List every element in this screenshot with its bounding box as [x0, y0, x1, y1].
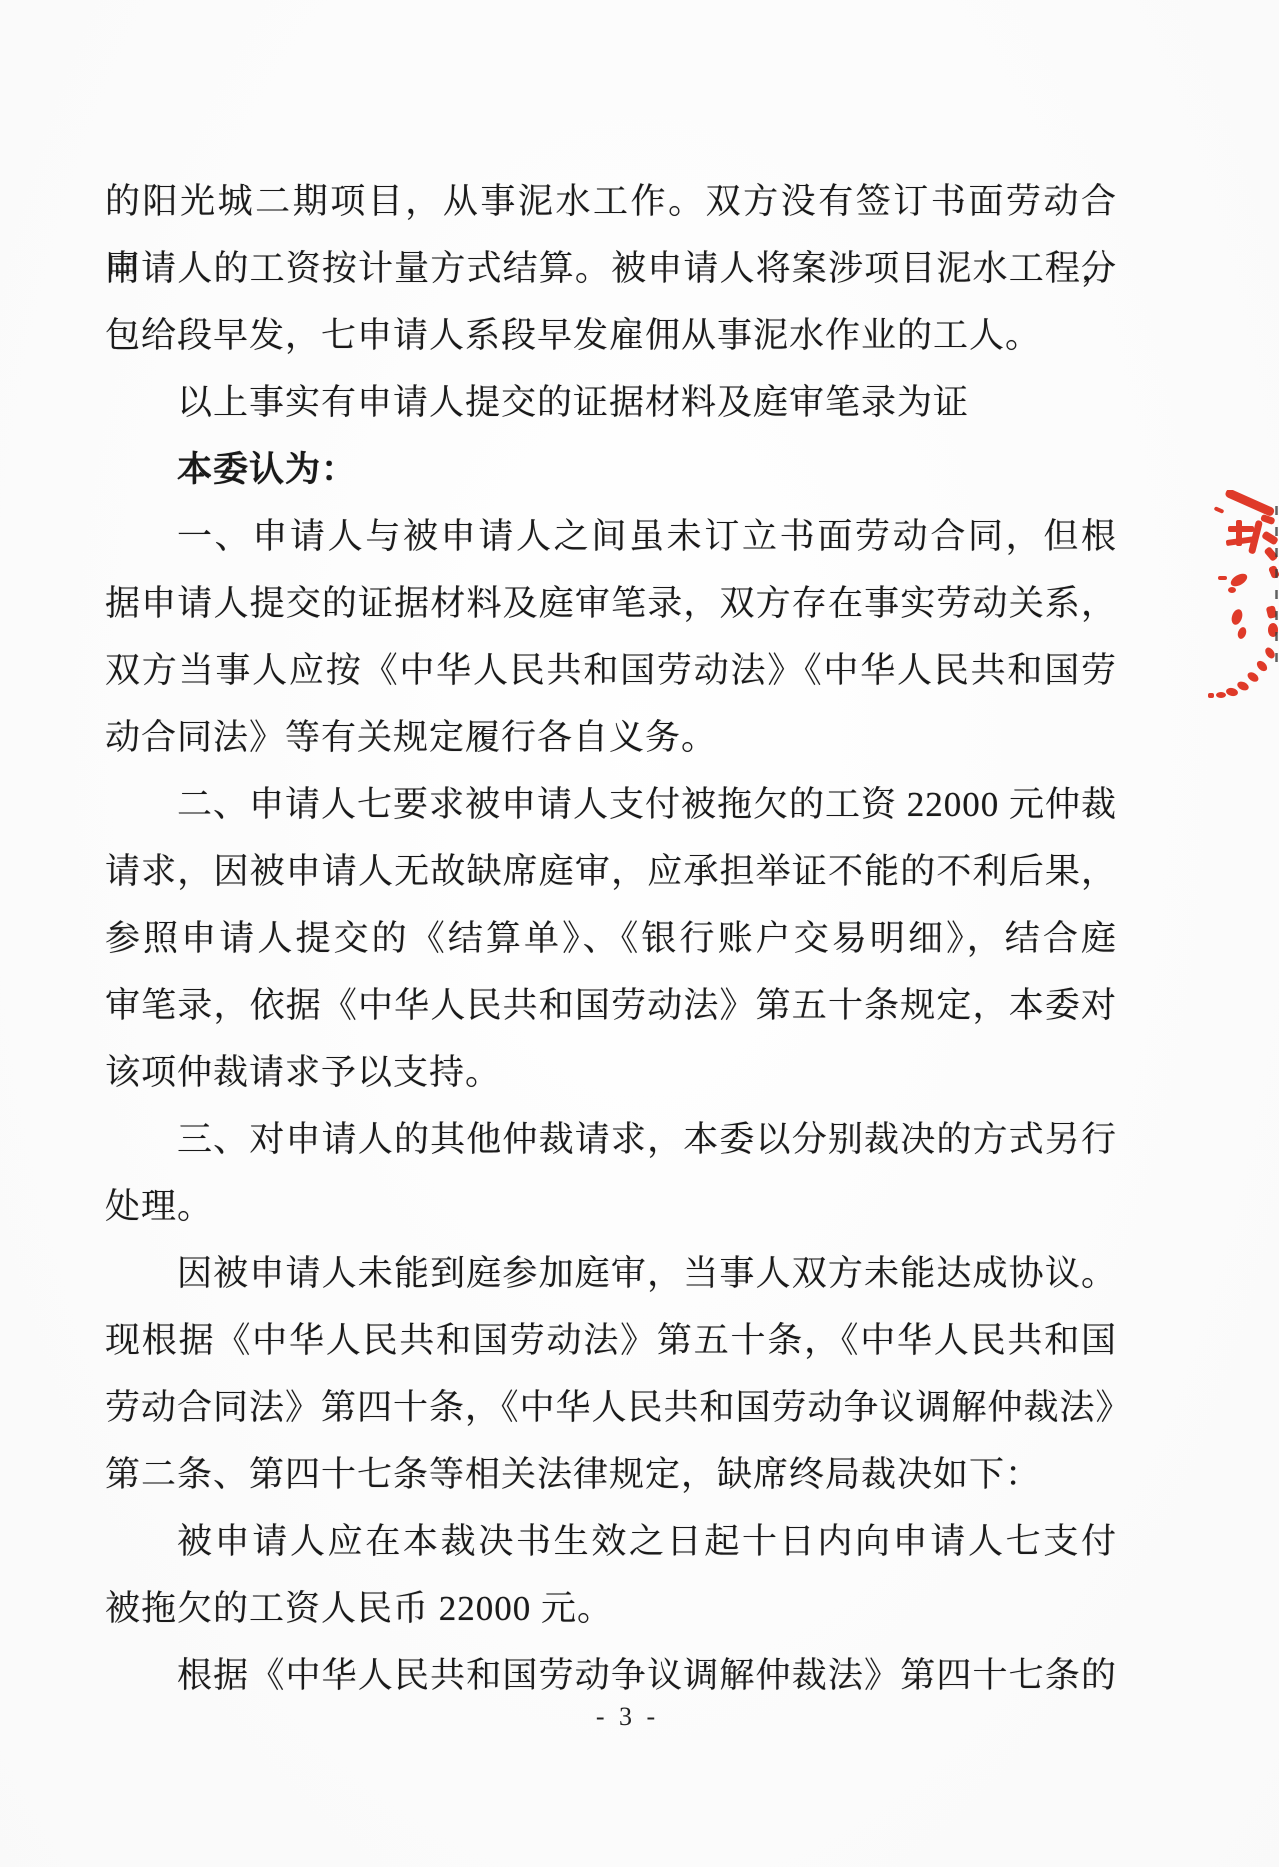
red-seal-icon — [1206, 490, 1279, 746]
document-line: 据申请人提交的证据材料及庭审笔录，双方存在事实劳动关系， — [105, 570, 1117, 637]
document-line: 请求，因被申请人无故缺席庭审，应承担举证不能的不利后果， — [105, 838, 1117, 905]
document-line: 审笔录，依据《中华人民共和国劳动法》第五十条规定，本委对 — [105, 972, 1117, 1039]
page-number: - 3 - — [0, 1702, 1255, 1732]
document-line: 第二条、第四十七条等相关法律规定，缺席终局裁决如下： — [105, 1441, 1117, 1508]
document-line: 参照申请人提交的《结算单》、《银行账户交易明细》，结合庭 — [105, 905, 1117, 972]
document-line: 被申请人应在本裁决书生效之日起十日内向申请人七支付 — [105, 1508, 1117, 1575]
document-line: 申请人的工资按计量方式结算。被申请人将案涉项目泥水工程分 — [105, 235, 1117, 302]
document-line: 以上事实有申请人提交的证据材料及庭审笔录为证 — [105, 369, 1117, 436]
document-body: 的阳光城二期项目，从事泥水工作。双方没有签订书面劳动合同， 申请人的工资按计量方… — [105, 168, 1117, 1709]
document-line: 因被申请人未能到庭参加庭审，当事人双方未能达成协议。 — [105, 1240, 1117, 1307]
document-line: 劳动合同法》第四十条，《中华人民共和国劳动争议调解仲裁法》 — [105, 1374, 1117, 1441]
document-line: 该项仲裁请求予以支持。 — [105, 1039, 1117, 1106]
document-line: 二、申请人七要求被申请人支付被拖欠的工资 22000 元仲裁 — [105, 771, 1117, 838]
document-line: 动合同法》等有关规定履行各自义务。 — [105, 704, 1117, 771]
document-line: 包给段早发，七申请人系段早发雇佣从事泥水作业的工人。 — [105, 302, 1117, 369]
document-line-heading: 本委认为： — [105, 436, 1117, 503]
document-line: 被拖欠的工资人民币 22000 元。 — [105, 1575, 1117, 1642]
document-line: 根据《中华人民共和国劳动争议调解仲裁法》第四十七条的 — [105, 1642, 1117, 1709]
document-line: 现根据《中华人民共和国劳动法》第五十条，《中华人民共和国 — [105, 1307, 1117, 1374]
document-line: 双方当事人应按《中华人民共和国劳动法》《中华人民共和国劳 — [105, 637, 1117, 704]
document-line: 处理。 — [105, 1173, 1117, 1240]
document-line: 的阳光城二期项目，从事泥水工作。双方没有签订书面劳动合同， — [105, 168, 1117, 235]
document-line: 一、申请人与被申请人之间虽未订立书面劳动合同，但根 — [105, 503, 1117, 570]
document-page: 的阳光城二期项目，从事泥水工作。双方没有签订书面劳动合同， 申请人的工资按计量方… — [0, 0, 1279, 1867]
document-line: 三、对申请人的其他仲裁请求，本委以分别裁决的方式另行 — [105, 1106, 1117, 1173]
